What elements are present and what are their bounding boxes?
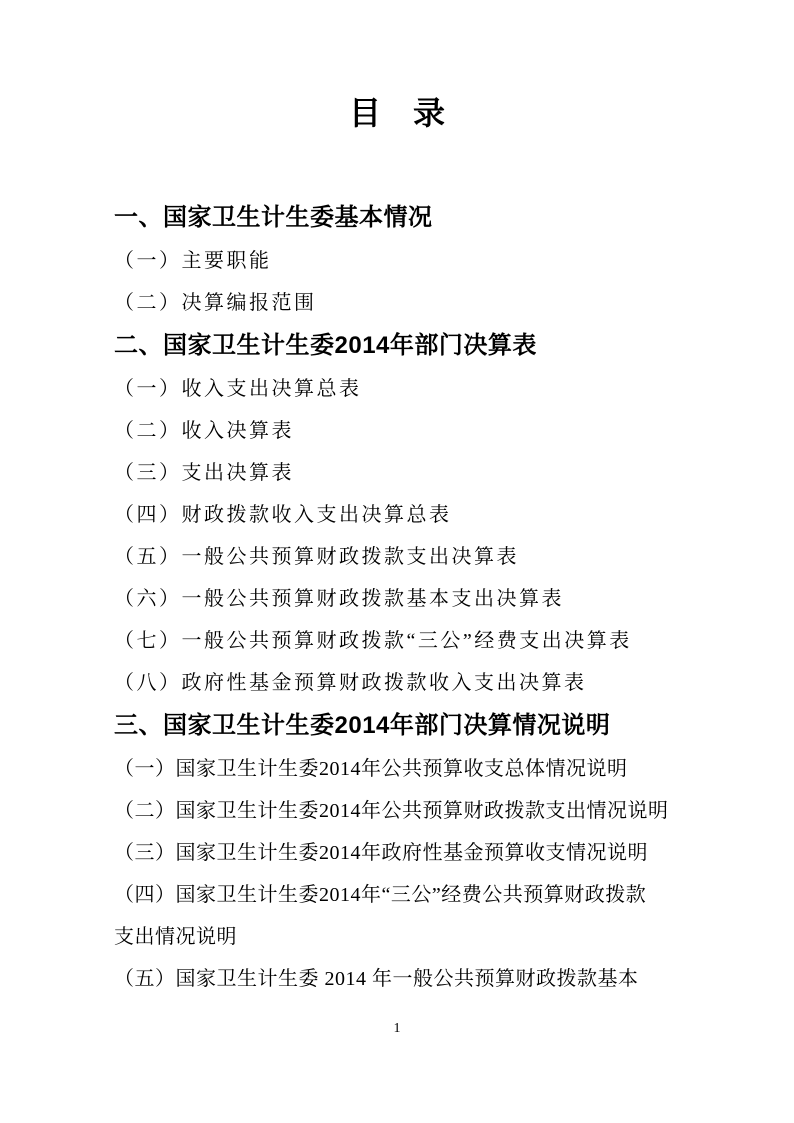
toc-section-3-heading: 三、国家卫生计生委2014年部门决算情况说明 (114, 704, 684, 748)
toc-item: （八）政府性基金预算财政拨款收入支出决算表 (114, 662, 684, 704)
toc-item-line: （五）国家卫生计生委 2014 年一般公共预算财政拨款基本 (114, 958, 684, 1000)
page-number: 1 (0, 1020, 794, 1038)
toc-item-line: （七）一般公共预算财政拨款“三公”经费支出决算表 (114, 620, 684, 662)
toc-item: （二）决算编报范围 (114, 282, 684, 324)
toc-item-line: 支出情况说明 (114, 916, 684, 958)
toc-item-line: （八）政府性基金预算财政拨款收入支出决算表 (114, 662, 684, 704)
toc-section-1-heading: 一、国家卫生计生委基本情况 (114, 196, 684, 240)
toc-item: （六）一般公共预算财政拨款基本支出决算表 (114, 578, 684, 620)
toc-item: （三）国家卫生计生委2014年政府性基金预算收支情况说明 (114, 832, 684, 874)
toc-item: （五）国家卫生计生委 2014 年一般公共预算财政拨款基本 (114, 958, 684, 1000)
toc-item: （三）支出决算表 (114, 452, 684, 494)
toc-item-line: （六）一般公共预算财政拨款基本支出决算表 (114, 578, 684, 620)
toc-item-line: （五）一般公共预算财政拨款支出决算表 (114, 536, 684, 578)
toc-item-line: （二）决算编报范围 (114, 282, 684, 324)
toc-item: （七）一般公共预算财政拨款“三公”经费支出决算表 (114, 620, 684, 662)
toc-section-2-heading: 二、国家卫生计生委2014年部门决算表 (114, 324, 684, 368)
toc-item-line: （一）主要职能 (114, 240, 684, 282)
toc-item: （四）国家卫生计生委2014年“三公”经费公共预算财政拨款 支出情况说明 (114, 874, 684, 958)
toc-item: （二）国家卫生计生委2014年公共预算财政拨款支出情况说明 (114, 790, 684, 832)
page-title: 目 录 (0, 94, 794, 132)
toc-item-line: （三）支出决算表 (114, 452, 684, 494)
toc-item: （一）收入支出决算总表 (114, 368, 684, 410)
toc-item: （二）收入决算表 (114, 410, 684, 452)
toc-item: （一）主要职能 (114, 240, 684, 282)
toc-item-line: （二）收入决算表 (114, 410, 684, 452)
toc-item: （四）财政拨款收入支出决算总表 (114, 494, 684, 536)
toc-item-line: （四）财政拨款收入支出决算总表 (114, 494, 684, 536)
toc-item: （一）国家卫生计生委2014年公共预算收支总体情况说明 (114, 748, 684, 790)
toc-item-line: （二）国家卫生计生委2014年公共预算财政拨款支出情况说明 (114, 790, 684, 832)
document-page: 目 录 一、国家卫生计生委基本情况 （一）主要职能 （二）决算编报范围 二、国家… (0, 0, 794, 1123)
table-of-contents: 一、国家卫生计生委基本情况 （一）主要职能 （二）决算编报范围 二、国家卫生计生… (0, 196, 794, 1000)
toc-item-line: （三）国家卫生计生委2014年政府性基金预算收支情况说明 (114, 832, 684, 874)
toc-item-line: （一）国家卫生计生委2014年公共预算收支总体情况说明 (114, 748, 684, 790)
toc-item: （五）一般公共预算财政拨款支出决算表 (114, 536, 684, 578)
toc-item-line: （四）国家卫生计生委2014年“三公”经费公共预算财政拨款 (114, 874, 684, 916)
toc-item-line: （一）收入支出决算总表 (114, 368, 684, 410)
